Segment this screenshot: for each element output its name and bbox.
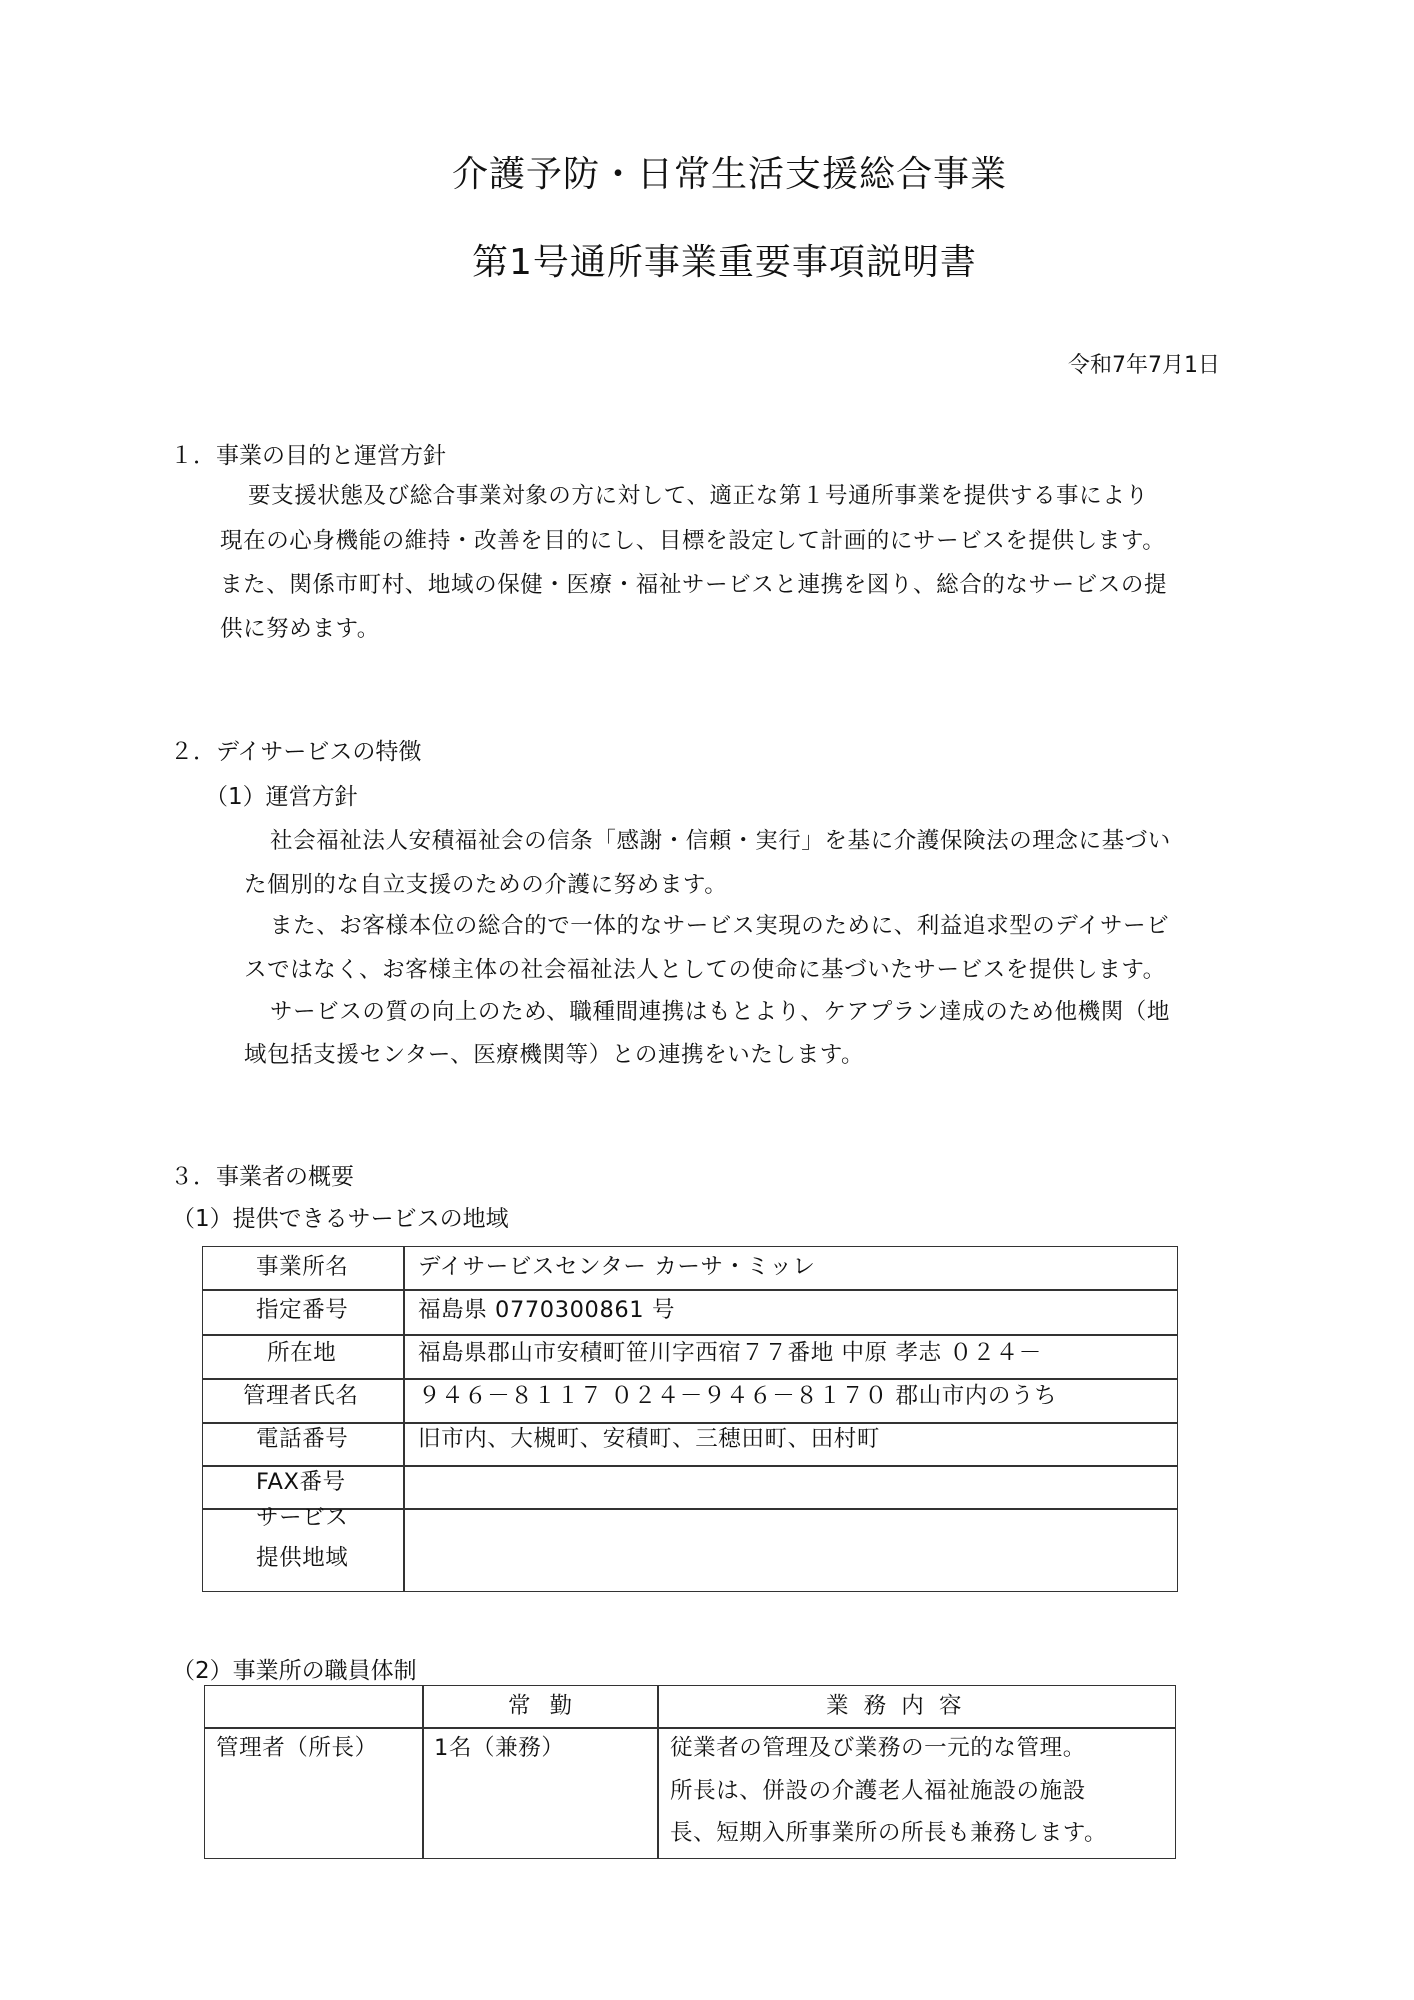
- table1-label-address: 所在地: [267, 1335, 336, 1367]
- section1-line: 要支援状態及び総合事業対象の方に対して、適正な第１号通所事業を提供する事により: [248, 478, 1148, 510]
- table1-label-manager-name: 管理者氏名: [243, 1378, 359, 1410]
- table1-value-phone: 旧市内、大槻町、安積町、三穂田町、田村町: [418, 1421, 880, 1453]
- table2-col-divider: [657, 1685, 659, 1859]
- section2-para1-line: 社会福祉法人安積福祉会の信条「感謝・信頼・実行」を基に介護保険法の理念に基づい: [270, 823, 1171, 855]
- section1-line: また、関係市町村、地域の保健・医療・福祉サービスと連携を図り、総合的なサービスの…: [220, 567, 1167, 599]
- table1-value-office-name: デイサービスセンター カーサ・ミッレ: [418, 1249, 816, 1281]
- table1-label-designation-number: 指定番号: [256, 1292, 348, 1324]
- document-date: 令和7年7月1日: [1068, 348, 1220, 379]
- table1-col-divider: [403, 1246, 405, 1592]
- section2-sub1-heading: （1）運営方針: [205, 778, 358, 811]
- section3-sub1-heading: （1）提供できるサービスの地域: [172, 1200, 509, 1233]
- section1-heading: １．事業の目的と運営方針: [170, 437, 446, 470]
- section2-para2-line: スではなく、お客様主体の社会福祉法人としての使命に基づいたサービスを提供します。: [244, 952, 1166, 984]
- table2-role: 管理者（所長）: [216, 1730, 378, 1762]
- section3-heading: ３．事業者の概要: [170, 1158, 354, 1191]
- table1-value-address: 福島県郡山市安積町笹川字西宿７７番地 中原 孝志 ０２４－: [418, 1335, 1042, 1367]
- document-title: 介護予防・日常生活支援総合事業: [452, 146, 1007, 197]
- table1-label-phone: 電話番号: [256, 1421, 348, 1453]
- table1-label-fax: FAX番号: [256, 1464, 346, 1496]
- table2-fulltime: 1名（兼務）: [434, 1730, 564, 1762]
- table2-duties-line: 所長は、併設の介護老人福祉施設の施設: [670, 1773, 1086, 1805]
- table1-label-office-name: 事業所名: [256, 1249, 348, 1281]
- section2-para2-line: また、お客様本位の総合的で一体的なサービス実現のために、利益追求型のデイサービ: [270, 908, 1169, 940]
- table2-header-fulltime: 常 勤: [508, 1688, 578, 1720]
- table2-duties-line: 長、短期入所事業所の所長も兼務します。: [670, 1815, 1107, 1847]
- table2-duties-line: 従業者の管理及び業務の一元的な管理。: [670, 1730, 1086, 1762]
- table2-header-divider: [204, 1727, 1176, 1729]
- table1-row-divider: [202, 1465, 1178, 1467]
- table2-col-divider: [422, 1685, 424, 1859]
- table1-value-designation-number: 福島県 0770300861 号: [418, 1292, 675, 1324]
- table1-value-manager-name: ９４６－８１１７ ０２４－９４６－８１７０ 郡山市内のうち: [418, 1378, 1057, 1410]
- section2-para3-line: サービスの質の向上のため、職種間連携はもとより、ケアプラン達成のため他機関（地: [270, 994, 1170, 1026]
- table2-header-duties: 業 務 内 容: [826, 1688, 965, 1720]
- document-subtitle: 第1号通所事業重要事項説明書: [472, 234, 977, 285]
- section3-sub2-heading: （2）事業所の職員体制: [172, 1652, 417, 1685]
- table1-label-service-area: 提供地域: [256, 1540, 348, 1572]
- section2-heading: ２．デイサービスの特徴: [170, 733, 421, 766]
- section1-line: 供に努めます。: [220, 611, 380, 643]
- section1-line: 現在の心身機能の維持・改善を目的にし、目標を設定して計画的にサービスを提供します…: [220, 523, 1165, 555]
- section2-para1-line: た個別的な自立支援のための介護に努めます。: [244, 867, 727, 899]
- table1-label-service: サービス: [256, 1500, 348, 1532]
- table1-row-divider: [202, 1289, 1178, 1291]
- section2-para3-line: 域包括支援センター、医療機関等）との連携をいたします。: [244, 1037, 864, 1069]
